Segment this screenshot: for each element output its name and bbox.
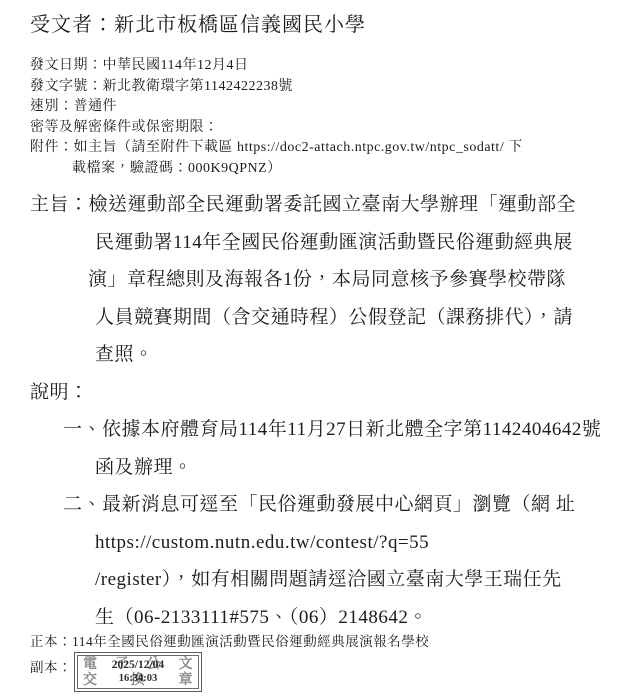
carbon-copy-row: 副本： 電 子 公 文 交 換 章 2025/12/04 16:34:03 (30, 652, 429, 692)
explanation-item2-url-line: https://custom.nutn.edu.tw/contest/?q=55 (0, 524, 621, 562)
security-line: 密等及解密條件或保密期限： (30, 118, 523, 139)
document-footer: 正本：114年全國民俗運動匯演活動暨民俗運動經典展演報名學校 副本： 電 子 公… (30, 632, 429, 692)
electronic-exchange-stamp: 電 子 公 文 交 換 章 2025/12/04 16:34:03 (74, 652, 202, 692)
subject-line-1: 主旨：檢送運動部全民運動署委託國立臺南大學辦理「運動部全 (0, 186, 621, 224)
explanation-item2-line-3: /register），如有相關問題請逕洽國立臺南大學王瑞任先 (0, 561, 621, 599)
explanation-item2-line-4: 生（06-2133111#575、（06）2148642。 (0, 599, 621, 637)
stamp-date: 2025/12/04 (78, 658, 198, 672)
explanation-item2-line-1: 二、最新消息可逕至「民俗運動發展中心網頁」瀏覽（網 址 (0, 486, 621, 524)
carbon-copy-label: 副本： (30, 652, 72, 677)
document-meta-block: 發文日期：中華民國114年12月4日 發文字號：新北教衛環字第114242223… (30, 56, 523, 179)
stamp-time: 16:34:03 (78, 672, 198, 685)
explanation-item1-line-1: 一、依據本府體育局114年11月27日新北體全字第1142404642號 (0, 411, 621, 449)
official-document-page: { "colors": { "text": "#1c1c1c", "stamp_… (0, 0, 621, 700)
original-copy-line: 正本：114年全國民俗運動匯演活動暨民俗運動經典展演報名學校 (30, 632, 429, 651)
explanation-header: 說明： (0, 374, 621, 412)
attachment-line-2: 載檔案，驗證碼：000K9QPNZ） (30, 159, 523, 180)
subject-line-4: 人員競賽期間（含交通時程）公假登記（課務排代），請 (0, 299, 621, 337)
subject-line-5: 查照。 (0, 336, 621, 374)
subject-line-3: 演」章程總則及海報各1份，本局同意核予參賽學校帶隊 (0, 261, 621, 299)
document-body: 主旨：檢送運動部全民運動署委託國立臺南大學辦理「運動部全 民運動署114年全國民… (0, 186, 621, 636)
subject-line-2: 民運動署114年全國民俗運動匯演活動暨民俗運動經典展 (0, 224, 621, 262)
explanation-item1-line-2: 函及辦理。 (0, 449, 621, 487)
doc-number-line: 發文字號：新北教衛環字第1142422238號 (30, 77, 523, 98)
recipient-line: 受文者：新北市板橋區信義國民小學 (30, 8, 366, 37)
attachment-line-1: 附件：如主旨（請至附件下載區 https://doc2-attach.ntpc.… (30, 138, 523, 159)
speed-line: 速別：普通件 (30, 97, 523, 118)
issue-date-line: 發文日期：中華民國114年12月4日 (30, 56, 523, 77)
stamp-datetime: 2025/12/04 16:34:03 (78, 658, 198, 685)
